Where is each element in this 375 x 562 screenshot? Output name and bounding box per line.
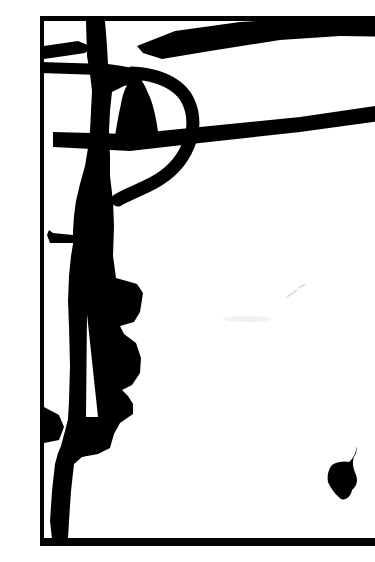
faint-smudge — [223, 316, 271, 322]
silhouette-artwork — [40, 16, 375, 546]
artwork-svg — [40, 16, 375, 546]
